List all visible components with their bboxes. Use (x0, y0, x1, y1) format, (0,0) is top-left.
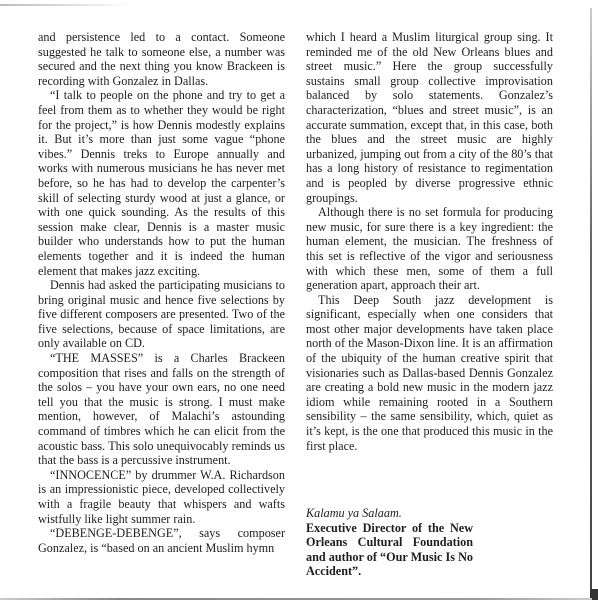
paragraph: Although there is no set formula for pro… (306, 205, 553, 293)
author-description: Executive Director of the New Orleans Cu… (306, 521, 473, 579)
author-name: Kalamu ya Salaam. (306, 506, 473, 521)
right-column: which I heard a Muslim liturgical group … (306, 30, 553, 453)
left-column: and persistence led to a contact. Someon… (38, 30, 285, 555)
author-signature: Kalamu ya Salaam. Executive Director of … (306, 506, 473, 579)
paragraph: which I heard a Muslim liturgical group … (306, 30, 553, 205)
paragraph: “THE MASSES” is a Charles Brackeen compo… (38, 351, 285, 468)
paragraph: “INNOCENCE” by drummer W.A. Richardson i… (38, 468, 285, 526)
scan-top-edge (0, 4, 130, 6)
paragraph: and persistence led to a contact. Someon… (38, 30, 285, 88)
paragraph: Dennis had asked the participating music… (38, 278, 285, 351)
paragraph: “DEBENGE-DEBENGE”, says composer Gonzale… (38, 526, 285, 555)
paragraph: “I talk to people on the phone and try t… (38, 88, 285, 278)
scan-right-edge (590, 8, 592, 592)
paragraph: This Deep South jazz development is sign… (306, 293, 553, 454)
